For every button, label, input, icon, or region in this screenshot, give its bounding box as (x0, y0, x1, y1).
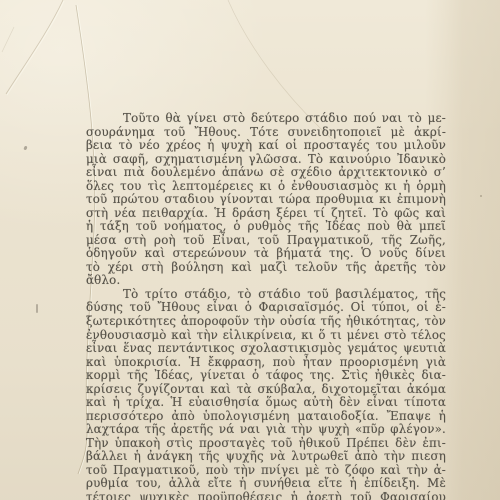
text-line: ρυθμία του, ἀλλὰ εἴτε ἡ συνήθεια εἴτε ἡ … (86, 477, 446, 491)
text-line: στὴ νέα πειθαρχία. Ἡ δράση ξέρει τί ζητε… (86, 207, 446, 221)
text-line: βάλλει ἡ ἀνάγκη τῆς ψυχῆς νὰ λυτρωθεῖ ἀπ… (86, 450, 446, 464)
text-line: ὁδηγοῦν καὶ στερεώνουν τὰ βήματά της. Ὁ … (86, 247, 446, 261)
paper-speck (23, 146, 27, 151)
scanned-page: Τοῦτο θὰ γίνει στὸ δεύτερο στάδιο πού να… (0, 0, 500, 500)
text-line: εἶναι πιὰ δουλεμένο ἀπάνω σὲ σχέδιο ἀρχι… (86, 166, 446, 180)
text-line: Τὴν ὑπακοὴ στὶς προσταγὲς τοῦ ἠθικοῦ Πρέ… (86, 437, 446, 451)
text-line: τέτοιες ψυχικὲς προϋποθέσεις ἡ ἀρετὴ τοῦ… (86, 491, 446, 500)
paper-speck (480, 195, 482, 197)
text-line: τὸ χέρι στὴ βούληση καὶ μαζὶ τελοῦν τῆς … (86, 261, 446, 275)
text-line: σουράνημα τοῦ Ἤθους. Τότε συνειδητοποιεῖ… (86, 126, 446, 140)
text-line: τοῦ Πραγματικοῦ, ποὺ τὴν πνίγει μὲ τὸ ζό… (86, 464, 446, 478)
text-line: καὶ ὑποκρισία. Ἡ ἔκφραση, ποὺ ἦταν προορ… (86, 356, 446, 370)
text-line: ἄθλο. (86, 274, 446, 288)
text-line: περισσότερο ἀπὸ ὑπολογισμένη ματαιοδοξία… (86, 410, 446, 424)
text-line: λαχτάρα τῆς ἀρετῆς νά ναι γιὰ τὴν ψυχὴ «… (86, 423, 446, 437)
text-line: κορμὶ τῆς Ἰδέας, γίνεται ὁ τάφος της. Στ… (86, 369, 446, 383)
text-line: βεια τὸ νέο χρέος ἡ ψυχὴ καί οἱ προσταγέ… (86, 139, 446, 153)
text-line: ξωτερικότητες ἀποροφοῦν τὴν οὐσία τῆς ἠθ… (86, 315, 446, 329)
page-text-block: Τοῦτο θὰ γίνει στὸ δεύτερο στάδιο πού να… (86, 112, 446, 500)
text-line: Τοῦτο θὰ γίνει στὸ δεύτερο στάδιο πού να… (86, 112, 446, 126)
paper-scratch-mark (36, 304, 38, 313)
text-line: τοῦ πρώτου σταδιου γίνονται τώρα προθυμι… (86, 193, 446, 207)
text-line: καὶ ἡ τρίχα. Ἡ εὐαισθησία ὅμως αὐτὴ δὲν … (86, 396, 446, 410)
text-line: δύσης τοῦ Ἤθους εἶναι ὁ Φαρισαϊσμός. Οἱ … (86, 301, 446, 315)
text-line: εἶναι ἕνας πεντάντικος σχολαστικισμὸς γε… (86, 342, 446, 356)
text-line: ἐνθουσιασμὸ καὶ τὴν εἰλικρίνεια, κι ὅ τι… (86, 329, 446, 343)
text-line: ἡ τάξη τοῦ νοήματος, ὁ ρυθμὸς τῆς Ἰδέας … (86, 220, 446, 234)
text-line: ὅλες του τὶς λεπτομέρειες κι ὁ ἐνθουσιασ… (86, 180, 446, 194)
text-line: μέσα στὴ ροὴ τοῦ Εἶναι, τοῦ Πραγματικοῦ,… (86, 234, 446, 248)
